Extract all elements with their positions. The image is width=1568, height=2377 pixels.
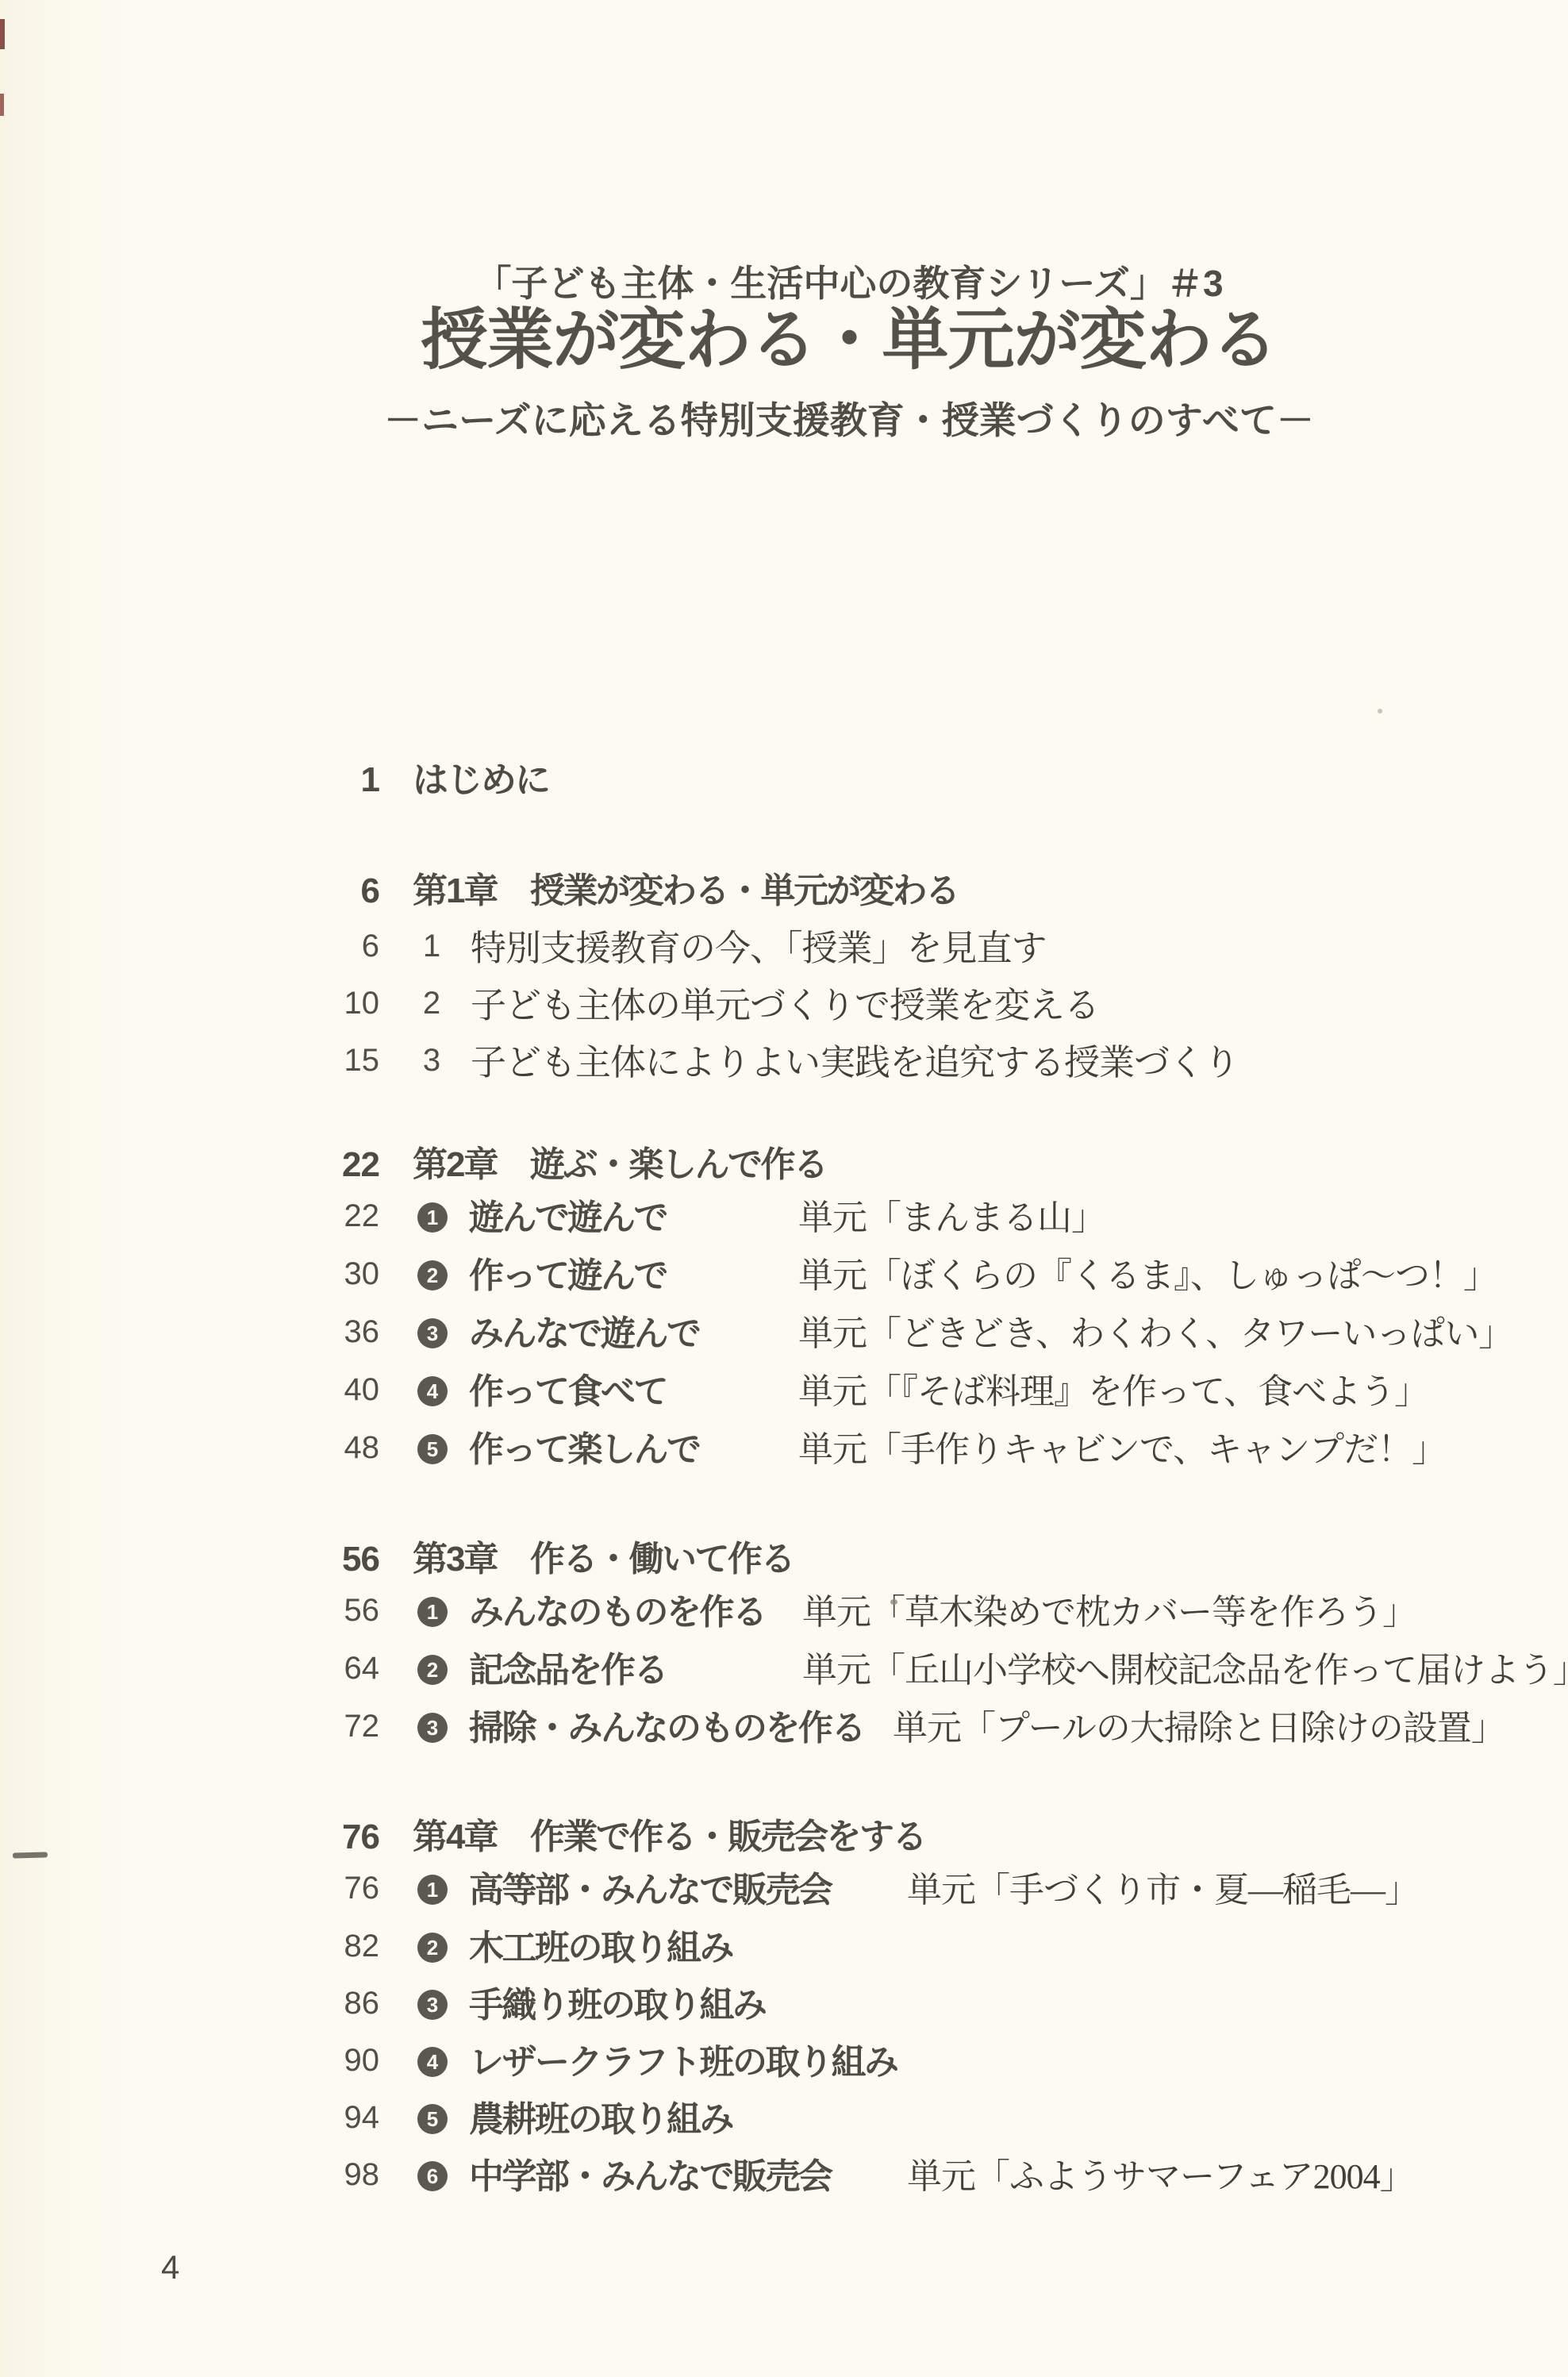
toc-item-title: 中学部・みんなで販売会 bbox=[469, 2157, 907, 2196]
toc-section-title: 特別支援教育の今、「授業」を見直す bbox=[471, 929, 1047, 968]
toc-unit-name: 単元「まんまる山」 bbox=[798, 1198, 1105, 1237]
toc-unit-name: 単元「どきどき、わくわく、タワーいっぱい」 bbox=[798, 1314, 1512, 1353]
toc-item-title: みんなのものを作る bbox=[469, 1593, 802, 1632]
toc-page-number: 1 bbox=[238, 760, 379, 799]
series-title: 「子ども主体・生活中心の教育シリーズ」＃3 bbox=[143, 263, 1555, 304]
item-number-badge: 1 bbox=[417, 1202, 448, 1233]
toc-item-title: 農耕班の取り組み bbox=[469, 2100, 907, 2139]
item-number-badge: 4 bbox=[417, 1376, 448, 1406]
item-number-badge: 3 bbox=[417, 1713, 448, 1743]
toc-unit-name: 単元「プールの大掃除と日除けの設置」 bbox=[893, 1709, 1505, 1748]
book-subtitle: －ニーズに応える特別支援教育・授業づくりのすべて－ bbox=[143, 400, 1555, 441]
toc-page-number: 76 bbox=[238, 1817, 379, 1856]
toc-chapter-label: 第1章 bbox=[413, 871, 514, 910]
toc-row-item: 72 3 掃除・みんなのものを作る 単元「プールの大掃除と日除けの設置」 bbox=[238, 1709, 1505, 1748]
toc-page-number: 90 bbox=[238, 2043, 379, 2079]
toc-row-item: 86 3 手織り班の取り組み bbox=[238, 1986, 907, 2025]
book-title: 授業が変わる・単元が変わる bbox=[143, 305, 1555, 375]
toc-chapter-label: 第2章 bbox=[413, 1145, 514, 1184]
toc-section-number: 1 bbox=[415, 929, 448, 964]
toc-chapter-title: 遊ぶ・楽しんで作る bbox=[530, 1145, 827, 1184]
toc-row-chapter-1: 6 第1章 授業が変わる・単元が変わる bbox=[238, 871, 959, 910]
toc-row-item: 82 2 木工班の取り組み bbox=[238, 1929, 907, 1967]
toc-section-number: 2 bbox=[415, 986, 448, 1021]
toc-page-number: 82 bbox=[238, 1929, 379, 1964]
toc-row-preface: 1 はじめに bbox=[238, 760, 549, 800]
toc-section-number: 3 bbox=[415, 1043, 448, 1079]
toc-section-title: 子ども主体の単元づくりで授業を変える bbox=[471, 986, 1099, 1025]
scan-speck bbox=[1378, 709, 1382, 713]
toc-page-number: 72 bbox=[238, 1709, 379, 1744]
toc-row-item: 76 1 高等部・みんなで販売会 単元「手づくり市・夏―稲毛―」 bbox=[238, 1871, 1419, 1910]
scan-edge-mark bbox=[0, 19, 5, 49]
toc-unit-name: 単元「ふようサマーフェア2004」 bbox=[907, 2157, 1414, 2196]
toc-row-item: 98 6 中学部・みんなで販売会 単元「ふようサマーフェア2004」 bbox=[238, 2157, 1414, 2196]
item-number-badge: 1 bbox=[417, 1597, 448, 1627]
toc-row-section: 6 1 特別支援教育の今、「授業」を見直す bbox=[238, 929, 1047, 968]
toc-row-item: 30 2 作って遊んで 単元「ぼくらの『くるま』、しゅっぱ～つ！」 bbox=[238, 1256, 1497, 1295]
toc-page-number: 86 bbox=[238, 1986, 379, 2021]
scanned-book-page: 「子ども主体・生活中心の教育シリーズ」＃3 授業が変わる・単元が変わる －ニーズ… bbox=[0, 0, 1568, 2377]
toc-page-number: 56 bbox=[238, 1540, 379, 1579]
toc-unit-name: 単元「手作りキャビンで、キャンプだ！」 bbox=[798, 1430, 1446, 1469]
item-number-badge: 5 bbox=[417, 2104, 448, 2134]
toc-item-title: 木工班の取り組み bbox=[469, 1929, 907, 1967]
toc-item-title: 作って食べて bbox=[469, 1372, 798, 1411]
toc-row-item: 22 1 遊んで遊んで 単元「まんまる山」 bbox=[238, 1198, 1105, 1237]
toc-row-chapter-2: 22 第2章 遊ぶ・楽しんで作る bbox=[238, 1145, 827, 1184]
toc-page-number: 15 bbox=[238, 1043, 379, 1079]
toc-item-title: 高等部・みんなで販売会 bbox=[469, 1871, 907, 1910]
toc-row-section: 15 3 子ども主体によりよい実践を追究する授業づくり bbox=[238, 1043, 1239, 1083]
scan-edge-mark bbox=[0, 94, 4, 116]
toc-row-chapter-3: 56 第3章 作る・働いて作る bbox=[238, 1540, 794, 1579]
toc-page-number: 94 bbox=[238, 2100, 379, 2136]
item-number-badge: 5 bbox=[417, 1434, 448, 1464]
toc-item-title: 作って楽しんで bbox=[469, 1430, 798, 1469]
toc-page-number: 22 bbox=[238, 1198, 379, 1234]
item-number-badge: 2 bbox=[417, 1655, 448, 1685]
item-number-badge: 3 bbox=[417, 1990, 448, 2020]
toc-page-number: 6 bbox=[238, 871, 379, 910]
toc-unit-name: 単元「丘山小学校へ開校記念品を作って届けよう」 bbox=[802, 1651, 1568, 1690]
toc-page-number: 64 bbox=[238, 1651, 379, 1687]
toc-item-title: 作って遊んで bbox=[469, 1256, 798, 1295]
toc-unit-name: 単元「『そば料理』を作って、食べよう」 bbox=[798, 1372, 1428, 1411]
toc-page-number: 22 bbox=[238, 1145, 379, 1184]
toc-page-number: 76 bbox=[238, 1871, 379, 1906]
toc-row-item: 94 5 農耕班の取り組み bbox=[238, 2100, 907, 2139]
toc-page-number: 48 bbox=[238, 1430, 379, 1466]
toc-item-title: 遊んで遊んで bbox=[469, 1198, 798, 1237]
toc-unit-name: 単元「ぼくらの『くるま』、しゅっぱ～つ！」 bbox=[798, 1256, 1497, 1295]
toc-chapter-label: 第3章 bbox=[413, 1540, 514, 1579]
toc-page-number: 30 bbox=[238, 1256, 379, 1292]
item-number-badge: 1 bbox=[417, 1875, 448, 1905]
toc-section-title: 子ども主体によりよい実践を追究する授業づくり bbox=[471, 1043, 1239, 1083]
toc-page-number: 36 bbox=[238, 1314, 379, 1350]
item-number-badge: 3 bbox=[417, 1318, 448, 1348]
toc-item-title: レザークラフト班の取り組み bbox=[469, 2043, 926, 2082]
toc-item-title: 記念品を作る bbox=[469, 1651, 802, 1690]
toc-unit-name: 単元「手づくり市・夏―稲毛―」 bbox=[907, 1871, 1419, 1910]
toc-row-section: 10 2 子ども主体の単元づくりで授業を変える bbox=[238, 986, 1099, 1025]
toc-row-chapter-4: 76 第4章 作業で作る・販売会をする bbox=[238, 1817, 925, 1856]
folio-page-number: 4 bbox=[161, 2248, 179, 2287]
item-number-badge: 6 bbox=[417, 2161, 448, 2191]
toc-row-item: 40 4 作って食べて 単元「『そば料理』を作って、食べよう」 bbox=[238, 1372, 1428, 1411]
toc-row-item: 36 3 みんなで遊んで 単元「どきどき、わくわく、タワーいっぱい」 bbox=[238, 1314, 1512, 1353]
toc-page-number: 6 bbox=[238, 929, 379, 964]
toc-chapter-label: 第4章 bbox=[413, 1817, 514, 1856]
toc-chapter-title: 授業が変わる・単元が変わる bbox=[530, 871, 959, 910]
toc-item-title: 掃除・みんなのものを作る bbox=[469, 1709, 893, 1748]
toc-preface-label: はじめに bbox=[413, 760, 549, 800]
toc-page-number: 40 bbox=[238, 1372, 379, 1408]
toc-page-number: 10 bbox=[238, 986, 379, 1021]
toc-page-number: 98 bbox=[238, 2157, 379, 2193]
toc-unit-name: 単元「草木染めで枕カバー等を作ろう」 bbox=[802, 1593, 1416, 1632]
toc-row-item: 90 4 レザークラフト班の取り組み bbox=[238, 2043, 926, 2082]
toc-row-item: 48 5 作って楽しんで 単元「手作りキャビンで、キャンプだ！」 bbox=[238, 1430, 1446, 1469]
toc-chapter-title: 作業で作る・販売会をする bbox=[530, 1817, 925, 1856]
scan-edge-dash bbox=[13, 1852, 48, 1858]
item-number-badge: 4 bbox=[417, 2047, 448, 2077]
toc-chapter-title: 作る・働いて作る bbox=[530, 1540, 794, 1579]
toc-page-number: 56 bbox=[238, 1593, 379, 1629]
toc-row-item: 64 2 記念品を作る 単元「丘山小学校へ開校記念品を作って届けよう」 bbox=[238, 1651, 1568, 1690]
toc-row-item: 56 1 みんなのものを作る 単元「草木染めで枕カバー等を作ろう」 bbox=[238, 1593, 1416, 1632]
item-number-badge: 2 bbox=[417, 1933, 448, 1963]
toc-item-title: みんなで遊んで bbox=[469, 1314, 798, 1353]
toc-item-title: 手織り班の取り組み bbox=[469, 1986, 907, 2025]
item-number-badge: 2 bbox=[417, 1260, 448, 1290]
